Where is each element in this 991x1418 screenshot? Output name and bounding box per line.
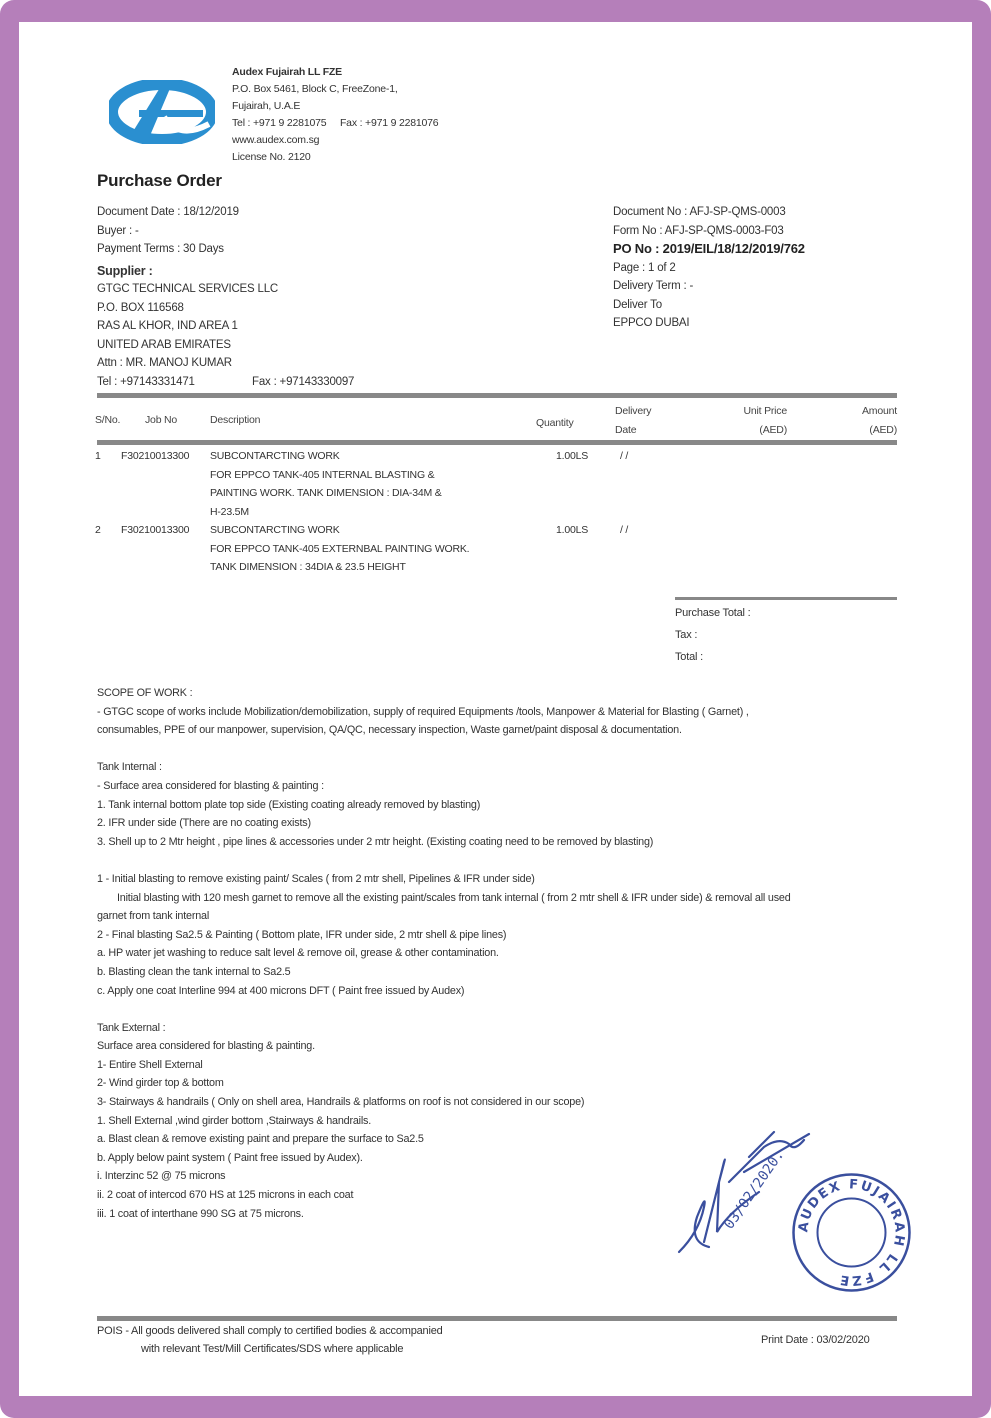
total: Total : [675,646,750,668]
company-address-2: Fujairah, U.A.E [232,98,438,115]
row-1-job-no: F30210013300 [121,447,189,466]
footer-rule [97,1316,897,1321]
company-website: www.audex.com.sg [232,132,438,149]
header-quantity: Quantity [536,414,574,433]
internal-step: garnet from tank internal [97,907,791,926]
internal-line: 3. Shell up to 2 Mtr height , pipe lines… [97,833,791,852]
scope-intro-2: consumables, PPE of our manpower, superv… [97,721,791,740]
svg-text:AUDEX FUJAIRAH LL FZE: AUDEX FUJAIRAH LL FZE [796,1177,907,1288]
table-header-rule [97,440,897,445]
internal-line: - Surface area considered for blasting &… [97,777,791,796]
internal-line: 2. IFR under side (There are no coating … [97,814,791,833]
external-line: 1- Entire Shell External [97,1056,791,1075]
header-amount: Amount (AED) [839,402,897,439]
header-description: Description [210,411,260,430]
internal-heading: Tank Internal : [97,758,791,777]
scope-heading: SCOPE OF WORK : [97,684,791,703]
row-2-description: SUBCONTARCTING WORK FOR EPPCO TANK-405 E… [210,521,469,577]
document-title: Purchase Order [97,172,222,191]
tax: Tax : [675,624,750,646]
table-row: 2 [95,521,101,540]
deliver-to: EPPCO DUBAI [613,314,805,333]
totals-block: Purchase Total : Tax : Total : [675,602,750,668]
deliver-to-label: Deliver To [613,296,805,315]
internal-step: a. HP water jet washing to reduce salt l… [97,944,791,963]
company-license: License No. 2120 [232,149,438,166]
totals-rule [675,597,897,600]
footer-pos-note: POIS - All goods delivered shall comply … [97,1322,443,1358]
external-heading: Tank External : [97,1019,791,1038]
internal-step: 1 - Initial blasting to remove existing … [97,870,791,889]
payment-terms: Payment Terms : 30 Days [97,240,239,259]
document-meta-right: Document No : AFJ-SP-QMS-0003 Form No : … [613,203,805,333]
company-tel-fax: Tel : +971 9 2281075 Fax : +971 9 228107… [232,115,438,132]
row-2-delivery-date: / / [620,521,628,540]
company-stamp-icon: AUDEX FUJAIRAH LL FZE [789,1170,914,1295]
supplier-country: UNITED ARAB EMIRATES [97,336,354,355]
row-1-quantity: 1.00LS [556,447,588,466]
supplier-block: GTGC TECHNICAL SERVICES LLC P.O. BOX 116… [97,280,354,391]
supplier-fax: Fax : +97143330097 [252,376,354,388]
document-date: Document Date : 18/12/2019 [97,203,239,222]
document-page: Audex Fujairah LL FZE P.O. Box 5461, Blo… [19,22,972,1396]
buyer: Buyer : - [97,222,239,241]
external-line: Surface area considered for blasting & p… [97,1037,791,1056]
internal-line: 1. Tank internal bottom plate top side (… [97,796,791,815]
svg-text:03/02/2020.: 03/02/2020. [721,1147,787,1232]
external-line: 2- Wind girder top & bottom [97,1074,791,1093]
row-2-job-no: F30210013300 [121,521,189,540]
supplier-name: GTGC TECHNICAL SERVICES LLC [97,280,354,299]
supplier-label: Supplier : [97,262,153,281]
print-date: Print Date : 03/02/2020 [761,1331,870,1350]
document-meta-left: Document Date : 18/12/2019 Buyer : - Pay… [97,203,239,259]
table-top-rule [97,393,897,398]
supplier-po-box: P.O. BOX 116568 [97,299,354,318]
page-number: Page : 1 of 2 [613,259,805,278]
header-job-no: Job No [145,411,177,430]
header-delivery-date: Delivery Date [615,402,651,439]
po-number: PO No : 2019/EIL/18/12/2019/762 [613,240,805,259]
internal-step: c. Apply one coat Interline 994 at 400 m… [97,982,791,1001]
external-line: 3- Stairways & handrails ( Only on shell… [97,1093,791,1112]
delivery-term: Delivery Term : - [613,277,805,296]
header-sno: S/No. [95,411,120,430]
company-header: Audex Fujairah LL FZE P.O. Box 5461, Blo… [232,64,438,166]
company-logo-icon [109,80,215,144]
internal-step: Initial blasting with 120 mesh garnet to… [97,889,791,908]
table-row: 1 [95,447,101,466]
supplier-area: RAS AL KHOR, IND AREA 1 [97,317,354,336]
internal-step: b. Blasting clean the tank internal to S… [97,963,791,982]
row-1-delivery-date: / / [620,447,628,466]
row-2-quantity: 1.00LS [556,521,588,540]
header-unit-price: Unit Price (AED) [735,402,787,439]
purchase-total: Purchase Total : [675,602,750,624]
supplier-attn: Attn : MR. MANOJ KUMAR [97,354,354,373]
document-no: Document No : AFJ-SP-QMS-0003 [613,203,805,222]
row-1-description: SUBCONTARCTING WORK FOR EPPCO TANK-405 I… [210,447,442,521]
company-address-1: P.O. Box 5461, Block C, FreeZone-1, [232,81,438,98]
company-name: Audex Fujairah LL FZE [232,64,438,81]
internal-step: 2 - Final blasting Sa2.5 & Painting ( Bo… [97,926,791,945]
form-no: Form No : AFJ-SP-QMS-0003-F03 [613,222,805,241]
supplier-tel: Tel : +97143331471 [97,373,249,392]
scope-intro-1: - GTGC scope of works include Mobilizati… [97,703,791,722]
